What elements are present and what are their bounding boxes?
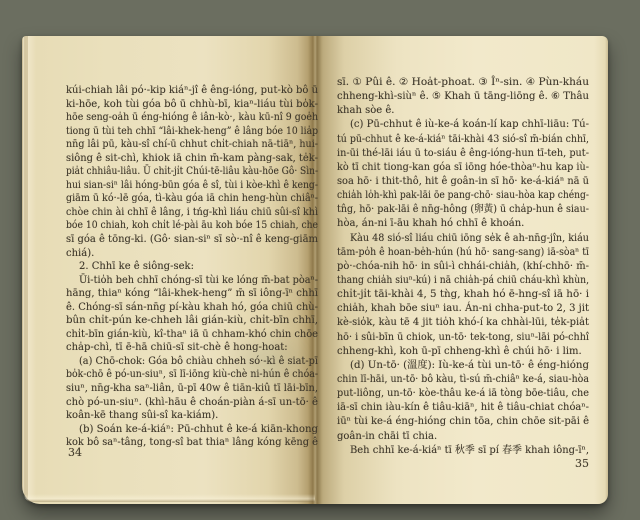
photo-background: kúi-chiah lâi pó·-kip kiáⁿ-jî ê êng-ióng… [0, 0, 640, 520]
text-line: (c) Pū-chhut ê iù-ke-á koán-lí kap chhī-… [337, 118, 589, 132]
text-line: siuⁿ, nn̄g-kha saⁿ-liân, ū-pī 40w ê tiān… [66, 382, 318, 396]
text-line: chin lī-hāi, un-tō· bô kàu, tì-sú m̄-chi… [337, 373, 589, 387]
text-line: bo̍k-chō ê pó-un-siuⁿ, sī lī-iōng kiù-ch… [66, 368, 318, 382]
text-line: Kàu 48 sió-sî liáu chiū iōng se̍k ê ah-n… [337, 232, 589, 246]
right-page-number: 35 [337, 457, 589, 470]
text-line: Beh chhī ke-á-kiáⁿ tī 秋季 sī pí 春季 khah i… [337, 444, 589, 458]
text-line: kok bô saⁿ-tâng, tong-sî bat thiaⁿ lâng … [66, 436, 318, 450]
text-line: tām-po̍h ê hoan-be̍h-hún (hú hō· sang-sa… [337, 246, 589, 260]
text-line: chiá). [66, 247, 318, 261]
text-line: sī. ① Pûi ê. ② Hoa̍t-phoat. ③ Îⁿ-sin. ④ … [337, 76, 589, 90]
right-page-text: sī. ① Pûi ê. ② Hoa̍t-phoat. ③ Îⁿ-sin. ④ … [337, 76, 589, 458]
text-line: bóe 10 chiah, koh chi̍t lé-pài āu koh bó… [66, 219, 318, 233]
text-line: ê. Chóng-sī sán-nn̄g pí-kàu khah hó, góa… [66, 301, 318, 315]
text-line: nn̄g lâi pū, kàu-sî chí-ū chhut chi̍t-ch… [66, 138, 318, 152]
text-line: koân-kē thang sûi-sî ka-kiám). [66, 409, 318, 423]
text-line: soa hō· i thit-thô, hit ê goân-in sī hō·… [337, 175, 589, 189]
text-line: (b) Soán ke-á-kiáⁿ: Pū-chhut ê ke-á kiān… [66, 423, 318, 437]
text-line: 2. Chhī ke ê siông-sek: [66, 260, 318, 274]
text-line: giām ū kó·-lē góa, tì-kàu góa iā chin he… [66, 192, 318, 206]
text-line: kè-sio̍k, kàu tē 4 jit tio̍h khó-í ka ch… [337, 316, 589, 330]
text-line: ki-hōe, koh tùi góa bô ū chhù-bī, kiaⁿ-l… [66, 98, 318, 112]
left-page-number: 34 [68, 446, 82, 459]
text-line: chi̍t-bīn gián-kiù, kî-thaⁿ iā ū chham-k… [66, 328, 318, 342]
book-spread: kúi-chiah lâi pó·-kip kiáⁿ-jî ê êng-ióng… [22, 36, 608, 504]
text-line: chòe chin ài chhī ê lâng, i tńg-khì liáu… [66, 206, 318, 220]
text-line: (d) Un-tō· (溫度): Iù-ke-á tùi un-tō· ê én… [337, 359, 589, 373]
text-line: chheng-khì-siùⁿ ê. ⑤ Khah ū tāng-liōng ê… [337, 90, 589, 104]
text-line: tiong ū tùi teh chhī “lâi-khek-heng” ê l… [66, 125, 318, 139]
text-line: put-liông, un-tō· kòe-thâu ke-á iā tòng … [337, 387, 589, 401]
text-line: cha̍p-chì, tī ē-hā chiū-sī sit-chè ê hon… [66, 341, 318, 355]
text-line: chi̍t-ji̍t tāi-khài 4, 5 tǹg, khah hó ē-… [337, 288, 589, 302]
text-line: kò tī chit tiong-kan góa sī iōng hóe-thò… [337, 161, 589, 175]
left-page-text: kúi-chiah lâi pó·-kip kiáⁿ-jî ê êng-ióng… [66, 84, 318, 450]
text-line: pò·-chóa-nih hō· in sûi-ì chhái-chia̍h, … [337, 260, 589, 274]
text-line: chò pó-un-siuⁿ. (khì-hāu ê choán-piàn á-… [66, 396, 318, 410]
text-line: Ūi-tio̍h beh chhī chóng-sī tùi ke lóng m… [66, 274, 318, 288]
text-line: pia̍t chhiâu-liâu. Ū chi̍t-ji̍t Chúi-tē-… [66, 165, 318, 179]
text-line: hāng, thiaⁿ kóng “lâi-khek-heng” m̄ sī i… [66, 287, 318, 301]
text-line: kúi-chiah lâi pó·-kip kiáⁿ-jî ê êng-ióng… [66, 84, 318, 98]
text-line: chia̍h, khah bōe siuⁿ iau. Án-ni chha-pu… [337, 302, 589, 316]
text-line: hui sian-siⁿ lâi hóng-būn góa ê sî, tùi … [66, 179, 318, 193]
text-line: khah sòe ê. [337, 104, 589, 118]
text-line: hòa, án-ni ī-āu khah hó chhī ê khoán. [337, 217, 589, 231]
text-line: chheng-khì, koh ū-pī chheng-khì ê chúi h… [337, 345, 589, 359]
text-line: in-ūi thé-lāi iáu ū to-siáu ê êng-ióng-h… [337, 147, 589, 161]
text-line: thang chia̍h siuⁿ-kú) i nā chia̍h-pá chi… [337, 274, 589, 288]
text-line: hō· i sûi-bīn ū chiok, un-tō· tek-tong, … [337, 331, 589, 345]
text-line: tn̂g, hō· pak-lāi ê nn̄g-hông (卵黃) ū cha… [337, 203, 589, 217]
text-line: iā-sī chin iàu-kín ê tiâu-kiāⁿ, hit ê ti… [337, 401, 589, 415]
text-line: tú pū-chhut ê ke-á-kiáⁿ tāi-khài 43 sió-… [337, 133, 589, 147]
text-line: bûn chi̍t-pún ke-chheh lâi gián-kiù, chi… [66, 314, 318, 328]
text-line: sī góa ê tōng-ki. (Gô· sian-siⁿ sī sò·-n… [66, 233, 318, 247]
text-line: chia̍h lo̍h-khì pak-lāi ōe pang-chō· sia… [337, 189, 589, 203]
text-line: hōe seng-oa̍h ū éng-hióng ê iân-kò·, kàu… [66, 111, 318, 125]
text-line: (a) Chō-chok: Góa bô chiàu chheh só·-kì … [66, 355, 318, 369]
text-line: siông ê sit-chì, khiok iā chin m̄-kam pà… [66, 152, 318, 166]
text-line: iūⁿ tùi ke-á éng-hióng chin tōa, chin ch… [337, 415, 589, 429]
text-line: goân-in chāi tī chia. [337, 430, 589, 444]
